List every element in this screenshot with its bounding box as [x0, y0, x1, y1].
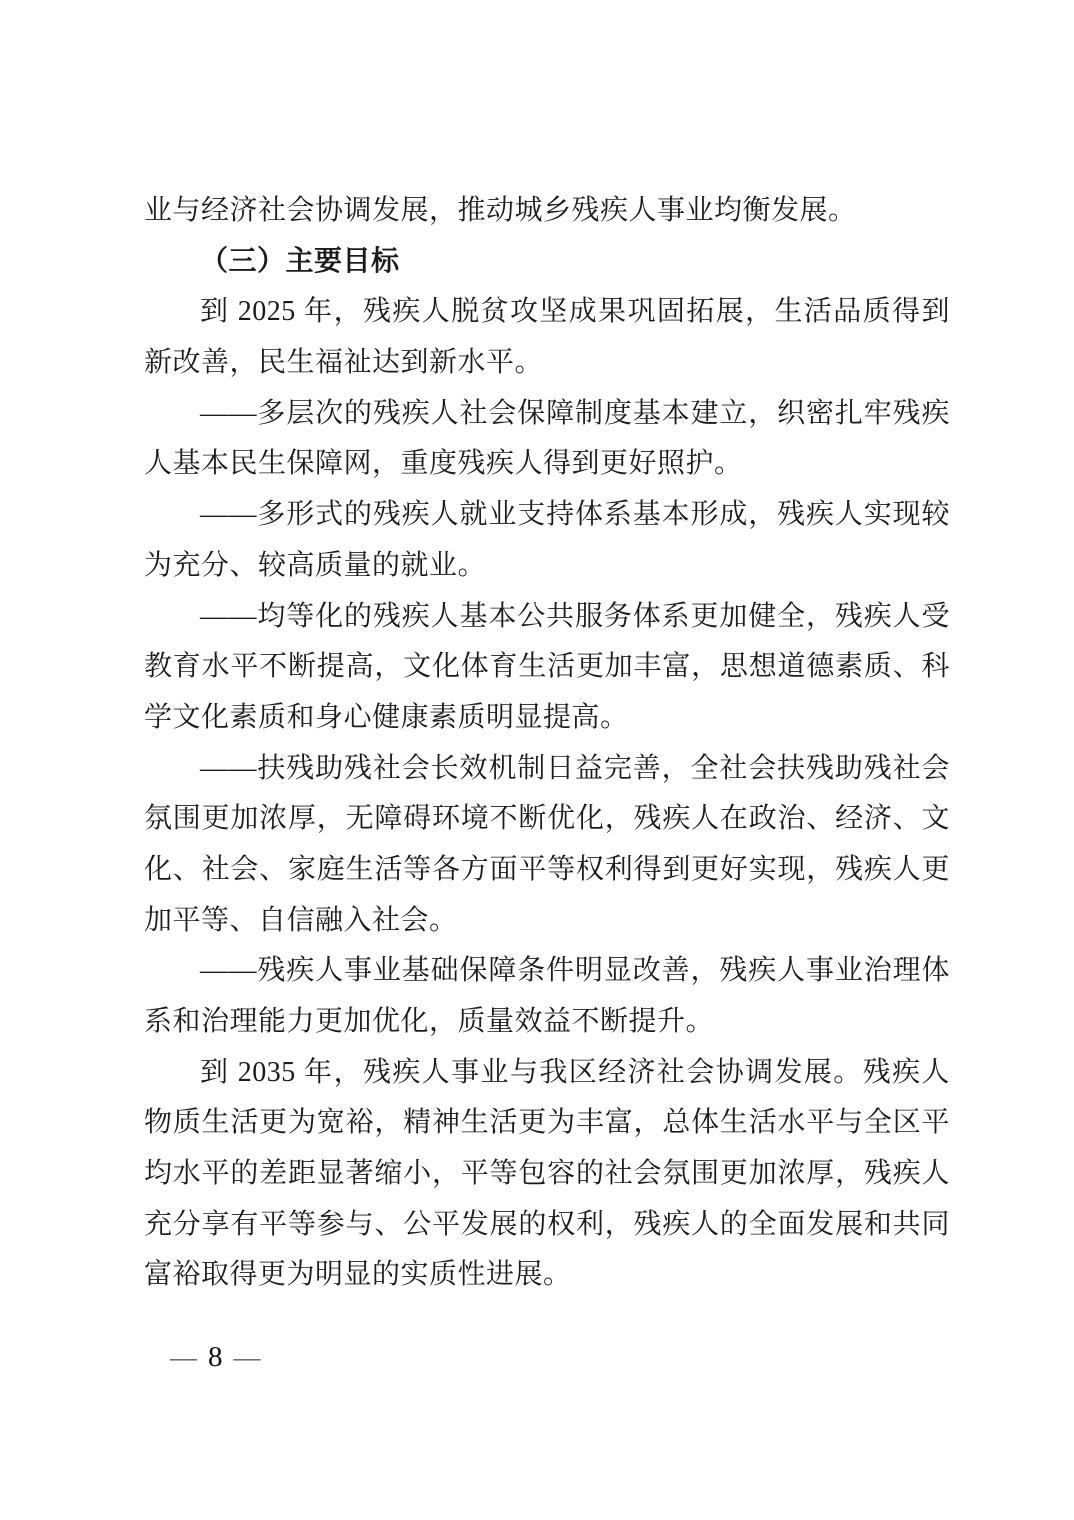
text-line: ——多层次的残疾人社会保障制度基本建立，织密扎牢残疾 [144, 389, 950, 440]
text-line: 充分享有平等参与、公平发展的权利，残疾人的全面发展和共同 [144, 1200, 950, 1251]
text-line: 教育水平不断提高，文化体育生活更加丰富，思想道德素质、科 [144, 642, 950, 693]
text-line: 富裕取得更为明显的实质性进展。 [144, 1250, 950, 1301]
text-line: 化、社会、家庭生活等各方面平等权利得到更好实现，残疾人更 [144, 845, 950, 896]
text-line: 业与经济社会协调发展，推动城乡残疾人事业均衡发展。 [144, 186, 950, 237]
text-line: 加平等、自信融入社会。 [144, 896, 950, 947]
text-line: 学文化素质和身心健康素质明显提高。 [144, 693, 950, 744]
text-block: 业与经济社会协调发展，推动城乡残疾人事业均衡发展。（三）主要目标到 2025 年… [144, 186, 950, 1301]
text-line: ——多形式的残疾人就业支持体系基本形成，残疾人实现较 [144, 490, 950, 541]
text-line: 为充分、较高质量的就业。 [144, 541, 950, 592]
document-page: 业与经济社会协调发展，推动城乡残疾人事业均衡发展。（三）主要目标到 2025 年… [0, 0, 1074, 1520]
text-line: 均水平的差距显著缩小，平等包容的社会氛围更加浓厚，残疾人 [144, 1149, 950, 1200]
text-line: 氛围更加浓厚，无障碍环境不断优化，残疾人在政治、经济、文 [144, 794, 950, 845]
text-line: 新改善，民生福祉达到新水平。 [144, 338, 950, 389]
text-line: 到 2035 年，残疾人事业与我区经济社会协调发展。残疾人 [144, 1048, 950, 1099]
text-line: 人基本民生保障网，重度残疾人得到更好照护。 [144, 439, 950, 490]
footer-right-dash: — [234, 1344, 261, 1371]
text-line: ——残疾人事业基础保障条件明显改善，残疾人事业治理体 [144, 946, 950, 997]
text-line: 系和治理能力更加优化，质量效益不断提升。 [144, 997, 950, 1048]
text-line: 物质生活更为宽裕，精神生活更为丰富，总体生活水平与全区平 [144, 1098, 950, 1149]
section-heading: （三）主要目标 [144, 237, 950, 288]
text-line: ——均等化的残疾人基本公共服务体系更加健全，残疾人受 [144, 592, 950, 643]
text-line: ——扶残助残社会长效机制日益完善，全社会扶残助残社会 [144, 744, 950, 795]
page-footer: — 8 — [170, 1341, 261, 1374]
footer-left-dash: — [170, 1344, 197, 1371]
page-number: 8 [208, 1341, 223, 1374]
text-line: 到 2025 年，残疾人脱贫攻坚成果巩固拓展，生活品质得到 [144, 287, 950, 338]
